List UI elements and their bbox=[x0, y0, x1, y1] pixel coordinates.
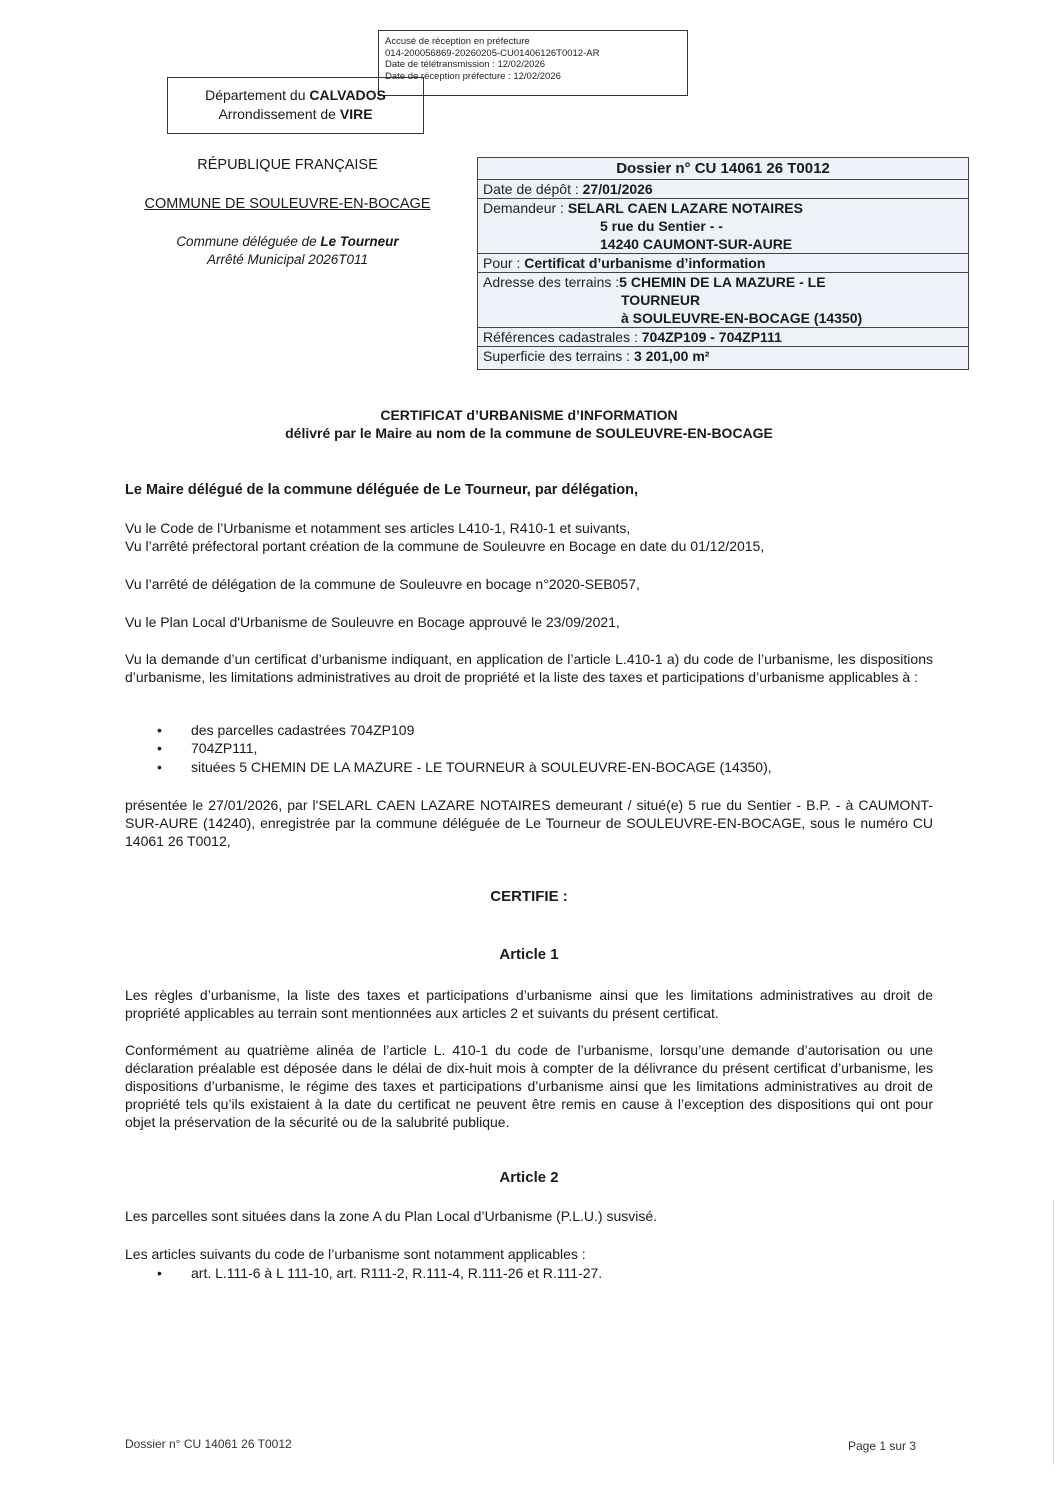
commune-heading: COMMUNE DE SOULEUVRE-EN-BOCAGE bbox=[115, 196, 460, 212]
commune-deleguee-name: Le Tourneur bbox=[320, 234, 398, 249]
article-2-paragraph-2: Les articles suivants du code de l’urban… bbox=[125, 1245, 933, 1263]
dossier-demandeur-row: Demandeur : SELARL CAEN LAZARE NOTAIRES … bbox=[478, 199, 968, 254]
dossier-pour-row: Pour : Certificat d’urbanisme d’informat… bbox=[478, 254, 968, 273]
commune-deleguee-line: Commune déléguée de Le Tourneur bbox=[115, 233, 460, 251]
pour-value: Certificat d’urbanisme d’information bbox=[524, 255, 765, 271]
adresse-line2: TOURNEUR bbox=[483, 291, 968, 309]
footer-dossier-number: Dossier n° CU 14061 26 T0012 bbox=[125, 1437, 292, 1451]
arrondissement-name: VIRE bbox=[340, 106, 373, 122]
article-2-paragraph-1: Les parcelles sont situées dans la zone … bbox=[125, 1207, 933, 1225]
dossier-info-box: Dossier n° CU 14061 26 T0012 Date de dép… bbox=[477, 157, 969, 370]
adresse-label: Adresse des terrains : bbox=[483, 274, 619, 290]
department-label: Département du bbox=[205, 87, 309, 103]
bullet-icon: • bbox=[157, 739, 191, 757]
bullet-icon: • bbox=[157, 721, 191, 739]
demandeur-label: Demandeur : bbox=[483, 200, 568, 216]
arrondissement-label: Arrondissement de bbox=[218, 106, 339, 122]
depot-value: 27/01/2026 bbox=[583, 181, 653, 197]
parcel-bullet-2: •704ZP111, bbox=[157, 739, 257, 757]
superficie-label: Superficie des terrains : bbox=[483, 348, 634, 364]
vu-plu: Vu le Plan Local d'Urbanisme de Souleuvr… bbox=[125, 613, 933, 631]
prefecture-stamp: Accusé de réception en préfecture 014-20… bbox=[378, 30, 688, 96]
stamp-line-reception-date: Date de réception préfecture : 12/02/202… bbox=[385, 71, 687, 83]
dossier-cadastre-row: Références cadastrales : 704ZP109 - 704Z… bbox=[478, 328, 968, 347]
arrete-municipal: Arrêté Municipal 2026T011 bbox=[115, 251, 460, 269]
dossier-number: Dossier n° CU 14061 26 T0012 bbox=[478, 158, 968, 180]
dossier-adresse-row: Adresse des terrains :5 CHEMIN DE LA MAZ… bbox=[478, 273, 968, 328]
superficie-value: 3 201,00 m² bbox=[634, 348, 710, 364]
bullet-text: art. L.111-6 à L 111-10, art. R111-2, R.… bbox=[191, 1265, 602, 1281]
dossier-superficie-row: Superficie des terrains : 3 201,00 m² bbox=[478, 347, 968, 365]
intro-maire: Le Maire délégué de la commune déléguée … bbox=[125, 481, 933, 499]
parcel-bullet-1: •des parcelles cadastrées 704ZP109 bbox=[157, 721, 414, 739]
bullet-text: situées 5 CHEMIN DE LA MAZURE - LE TOURN… bbox=[191, 759, 772, 775]
cadastre-value: 704ZP109 - 704ZP111 bbox=[642, 329, 782, 345]
article-1-heading: Article 1 bbox=[0, 946, 1058, 963]
parcel-bullet-3: •situées 5 CHEMIN DE LA MAZURE - LE TOUR… bbox=[157, 758, 772, 776]
department-line: Département du CALVADOS bbox=[168, 86, 423, 105]
adresse-line1: 5 CHEMIN DE LA MAZURE - LE bbox=[619, 274, 825, 290]
department-name: CALVADOS bbox=[309, 87, 385, 103]
footer-page-number: Page 1 sur 3 bbox=[848, 1439, 916, 1453]
pour-label: Pour : bbox=[483, 255, 524, 271]
article-2-heading: Article 2 bbox=[0, 1169, 1058, 1186]
commune-deleguee-label: Commune déléguée de bbox=[176, 234, 320, 249]
stamp-line-title: Accusé de réception en préfecture bbox=[385, 36, 687, 48]
scan-artifact-line bbox=[1053, 1200, 1054, 1465]
vu-code-urbanisme: Vu le Code de l’Urbanisme et notamment s… bbox=[125, 519, 933, 537]
demandeur-name: SELARL CAEN LAZARE NOTAIRES bbox=[568, 200, 803, 216]
dossier-depot-row: Date de dépôt : 27/01/2026 bbox=[478, 180, 968, 199]
vu-demande: Vu la demande d’un certificat d’urbanism… bbox=[125, 650, 933, 686]
vu-arrete-prefectoral: Vu l’arrêté préfectoral portant création… bbox=[125, 537, 933, 555]
demandeur-address-line1: 5 rue du Sentier - - bbox=[483, 217, 968, 235]
certificate-title: CERTIFICAT d’URBANISME d’INFORMATION dél… bbox=[0, 406, 1058, 442]
certifie-heading: CERTIFIE : bbox=[0, 888, 1058, 905]
vu-arrete-delegation: Vu l’arrêté de délégation de la commune … bbox=[125, 575, 933, 593]
article-1-paragraph-1: Les règles d’urbanisme, la liste des tax… bbox=[125, 986, 933, 1022]
adresse-line3: à SOULEUVRE-EN-BOCAGE (14350) bbox=[483, 309, 968, 327]
cadastre-label: Références cadastrales : bbox=[483, 329, 642, 345]
demandeur-address-line2: 14240 CAUMONT-SUR-AURE bbox=[483, 235, 968, 253]
stamp-line-ref: 014-200056869-20260205-CU01406126T0012-A… bbox=[385, 48, 687, 60]
stamp-line-transmission-date: Date de télétransmission : 12/02/2026 bbox=[385, 59, 687, 71]
department-box: Département du CALVADOS Arrondissement d… bbox=[167, 77, 424, 134]
article-1-paragraph-2: Conformément au quatrième alinéa de l’ar… bbox=[125, 1041, 933, 1131]
presentee-paragraph: présentée le 27/01/2026, par l'SELARL CA… bbox=[125, 796, 933, 850]
depot-label: Date de dépôt : bbox=[483, 181, 583, 197]
commune-deleguee-block: Commune déléguée de Le Tourneur Arrêté M… bbox=[115, 233, 460, 269]
bullet-text: des parcelles cadastrées 704ZP109 bbox=[191, 722, 414, 738]
republique-heading: RÉPUBLIQUE FRANÇAISE bbox=[115, 157, 460, 173]
arrondissement-line: Arrondissement de VIRE bbox=[168, 105, 423, 124]
article-2-bullet-1: •art. L.111-6 à L 111-10, art. R111-2, R… bbox=[157, 1264, 602, 1282]
bullet-text: 704ZP111, bbox=[191, 740, 257, 756]
certificate-title-line1: CERTIFICAT d’URBANISME d’INFORMATION bbox=[0, 406, 1058, 424]
bullet-icon: • bbox=[157, 1264, 191, 1282]
certificate-title-line2: délivré par le Maire au nom de la commun… bbox=[0, 424, 1058, 442]
bullet-icon: • bbox=[157, 758, 191, 776]
